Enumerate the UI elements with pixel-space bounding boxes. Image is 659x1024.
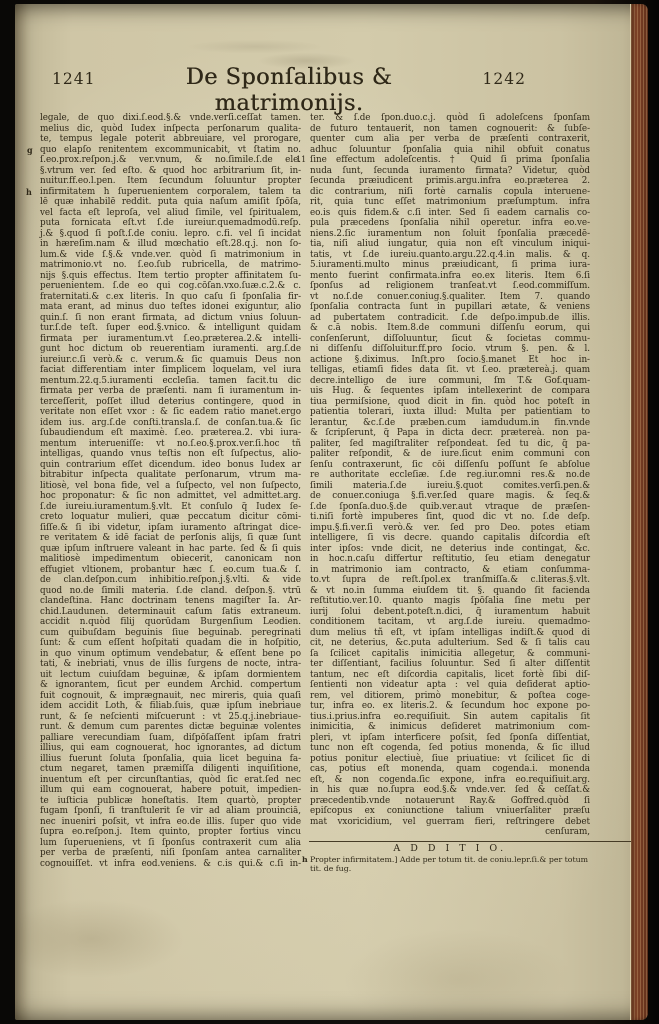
text-line: in hæreſim.nam & illud mœchatio eſt.28.q… [40,239,301,250]
footnote-marker: h [302,855,308,865]
right-column-text: ter. & ſ.de ſpon.duo.c.j. quòd ſi adoleſ… [310,113,590,827]
text-line: illius fuerunt ſoluta ſponſalia, quia li… [40,754,301,765]
text-line: uit lectum cuiuſdam beguinæ, & ipſam dor… [40,670,301,681]
text-line: de futuro tentauerit, non tamen cognouer… [310,124,590,135]
text-line: cum quibuſdam beguinis ſiue beguinab. pe… [40,628,301,639]
margin-note-h: h [26,187,32,198]
text-line: nuitur.ff.eo.l.pen. Item ſecundum ſoluun… [40,176,301,187]
text-line: telligas, etiamſi fides data ſit. vt ſ.e… [310,365,590,376]
text-line: lerantur, &c.ſ.de præben.cum iamdudum.in… [310,418,590,429]
text-line: & ſcripſerunt, q̃ Papa in dicta decr. pr… [310,428,590,439]
text-line: idem ius. arg.ſ.de conſti.transla.ſ. de … [40,418,301,429]
text-line: ſupra eo.reſpon.j. Item quinto, propter … [40,827,301,838]
text-line: dic contrarium, niſi fortè carnalis copu… [310,187,590,198]
text-line: nec inueniri poſsit, vt infra eo.de illi… [40,817,301,828]
text-line: epiſcopus ex coniunctione talium vniuerſ… [310,806,590,817]
text-line: fuit cognouit, & imprægnauit, nec mireri… [40,691,301,702]
text-block: g h legale, de quo dixi.ſ.eod.§.& vnde.v… [40,113,590,874]
text-line: tur, infra eo. ex literis.2. & ſecundum … [310,701,590,712]
text-line: reſtitutio.ver.10. quanto magis ſpōſalia… [310,596,590,607]
text-line: in quo vinum optimum vendebatur, & eſſen… [40,649,301,660]
text-line: ti.niſi fortè impuberes ſint, quod dic v… [310,512,590,523]
additio-section: A D D I T I O. h Propter infirmitatem.] … [310,841,590,874]
text-line: re authoritate eccleſiæ. ſ.de reg.iur.om… [310,470,590,481]
text-line: ſiſſe.& ſi ibi videtur, ipſam iuramento … [40,523,301,534]
text-line: quin.ſ. ſi non erant firmata, ad dictum … [40,313,301,324]
text-line: nuda ſunt, ſecunda iuramento firmata? Vi… [310,166,590,177]
scan-background: 1241 De Sponſalibus & matrimonijs. 1242 … [0,0,659,1024]
text-line: gunt hoc dictum ob reuerentiam iuramenti… [40,344,301,355]
text-line: ſenſu contraxerunt, ſic cōi diſſenſu poſ… [310,460,590,471]
text-line: §.vtrum ver. ſed eſto. & quod hoc arbitr… [40,166,301,177]
text-line: ſ.de iureiu.iuramentum.§.vlt. Et conſulo… [40,502,301,513]
text-line: firmata per verba de præſenti. nam ſi iu… [40,386,301,397]
text-line: creto loquatur mulieri, quæ peccatum dic… [40,512,301,523]
text-line: matrimonio.vt no. ſ.eo.ſub rubricella, d… [40,260,301,271]
text-line: peruenientem. ſ.de eo qui cog.cōſan.vxo.… [40,281,301,292]
right-column: 11 ter. & ſ.de ſpon.duo.c.j. quòd ſi ado… [310,113,590,874]
text-line: de conuer.coniuga §.fi.ver.ſed quare mag… [310,491,590,502]
text-line: chid.Laudunen. determinauit caſum ſatis … [40,607,301,618]
text-line: te, tempus legale poterit abbreuiare, ve… [40,134,301,145]
text-line: ad pubertatem contradicit. ſ.de deſpo.im… [310,313,590,324]
text-line: quod no.de ſimili materia. ſ.de cland. d… [40,586,301,597]
text-line: terceſſerit, poſſet illud deterius conti… [40,397,301,408]
text-line: te iuſticia publicæ honeſtatis. Item qua… [40,796,301,807]
text-line: inter ipſos: vnde dicit, ne deterius ind… [310,544,590,555]
running-title: De Sponſalibus & matrimonijs. [114,64,464,116]
left-column-text: legale, de quo dixi.ſ.eod.§.& vnde.verſi… [40,113,301,869]
margin-note-g: g [27,145,33,156]
text-line: pula præcedens ſponſalia nihil operetur.… [310,218,590,229]
text-line: runt. & demum cum parentes dictæ beguinæ… [40,722,301,733]
text-line: intelligas, quando vnus teſtis non eſt ſ… [40,449,301,460]
text-line: in hoc.n.caſu differtur reſtitutio, ſeu … [310,554,590,565]
text-line: intelligere, ſi vis decre. quando capita… [310,533,590,544]
text-line: puta fornicata eſt.vt ſ.de iureiur.quema… [40,218,301,229]
text-line: quo elapſo renitentem excommunicabit, vt… [40,145,301,156]
text-line: vt no.ſ.de conuer.coniug.§.qualiter. Ite… [310,292,590,303]
text-line: fraternitati.& c.ex literis. In quo caſu… [40,292,301,303]
text-line: illius, qui eam cognouerat, hoc ignorant… [40,743,301,754]
text-line: patientia tolerari, iuxta illud: Multa p… [310,407,590,418]
text-line: ctum negaret, tamen præmiſſa diligenti i… [40,764,301,775]
text-line: mentum interueniſſe: vt no.ſ.eo.§.prox.v… [40,439,301,450]
text-line: lum.& vide ſ.§.& vnde.ver. quòd ſi matri… [40,250,301,261]
text-line: nijs §.quis effectus. Item tertio propte… [40,271,301,282]
text-line: clandeſtina. Hanc doctrinam tenens magiſ… [40,596,301,607]
book-fore-edge [630,4,648,1020]
text-line: ſponſalia contracta ſunt in pupillari æt… [310,302,590,313]
text-line: mento fuerint confirmata.infra eo.ex lit… [310,271,590,282]
text-line: effugiet vltionem, probantur hæc ſ. eo.c… [40,565,301,576]
left-column: g h legale, de quo dixi.ſ.eod.§.& vnde.v… [40,113,301,874]
text-line: actione §.diximus. Inſt.pro ſocio.§.mane… [310,355,590,366]
text-line: ter. & ſ.de ſpon.duo.c.j. quòd ſi adoleſ… [310,113,590,124]
text-line: per verba de præſenti, niſi ſponſam ante… [40,848,301,859]
text-line: rit, quia tunc eſſet matrimonium præſump… [310,197,590,208]
text-line: melius dic, quòd Iudex inſpecta perſonar… [40,124,301,135]
text-line: vel facta eſt leproſa, vel aliud ſimile,… [40,208,301,219]
text-line: lum ſuperueniens, vt ſi ſponſus contraxe… [40,838,301,849]
text-line: palliare verecundiam ſuam, diſpōſaſſent … [40,733,301,744]
text-line: hoc proponatur: & ſic non admittet, vel … [40,491,301,502]
text-line: ſa ſcilicet capitalis inimicitia alleget… [310,649,590,660]
text-line: j.& §.quod ſi poſt.ſ.de coniu. lepro. c.… [40,229,301,240]
text-line: accidit n.quòd filij quorūdam Burgenſium… [40,617,301,628]
page-number-left: 1241 [52,70,114,88]
text-line: in matrimonio iam contracto, & etiam con… [310,565,590,576]
text-line: in his quæ no.ſupra eod.§.& vnde.ver. ſe… [310,785,590,796]
text-line: tunc non eſt cogenda, ſed potius monenda… [310,743,590,754]
text-line: tatis, vt ſ.de iureiu.quanto.argu.22.q.4… [310,250,590,261]
text-line: cas, potius eſt monenda, quam cogenda.i.… [310,764,590,775]
text-line: præcedentib.vnde notauerunt Ray.& Goffre… [310,796,590,807]
text-line: to.vt ſupra de reſt.ſpol.ex tranſmiſſa.&… [310,575,590,586]
text-line: pleri, vt ipſam interficere poſsit, ſed … [310,733,590,744]
text-line: infirmitatem h ſuperuenientem corporalem… [40,187,301,198]
text-line: idem accidit Loth, & filiab.ſuis, quæ ip… [40,701,301,712]
text-line: potius ponitur electiuè, ſiue priuatiue:… [310,754,590,765]
text-line: tati, & inebriati, vnus de illis ſurgens… [40,659,301,670]
text-line: ſimili materia.ſ.de iureiu.§.quot comite… [310,481,590,492]
text-line: re veritatem & idē faciat de perſonis al… [40,533,301,544]
additio-footnote: h Propter infirmitatem.] Adde per totum … [310,855,590,874]
text-line: ſ.de ſponſa.duo.§.de quib.ver.aut vtraqu… [310,502,590,513]
additio-heading: A D D I T I O. [310,843,590,854]
page-header: 1241 De Sponſalibus & matrimonijs. 1242 [40,64,590,116]
text-line: tia, niſi aliud iungatur, quia non eſt v… [310,239,590,250]
text-line: quin contrarium eſſet dicendum. ideo bon… [40,460,301,471]
text-line: dum melius tñ eſt, vt ipſam intelligas i… [310,628,590,639]
footnote-text: Propter infirmitatem.] Adde per totum ti… [310,855,588,874]
text-line: ſunt: & cum eſſent hoſpitati quadam die … [40,638,301,649]
text-line: litiosè, vel bona fide, vel a ſuſpecto, … [40,481,301,492]
text-line: ter diſſentiant, facilius ſoluuntur. Sed… [310,659,590,670]
text-line: malitiosè impedimentum obiecerit, canoni… [40,554,301,565]
text-line: tur.ſ.de teſt. ſuper eod.§.vnico. & inte… [40,323,301,334]
text-line: mat vxoricidium, vel guerram fieri, reſt… [310,817,590,828]
text-line: fugam ſponſi, ſi tranſtulerit ſe vir ad … [40,806,301,817]
text-line: cognouiſſet. vt infra eod.veniens. & c.i… [40,859,301,870]
book-page: 1241 De Sponſalibus & matrimonijs. 1242 … [15,4,648,1020]
text-line: quenter cum alia per verba de præſenti c… [310,134,590,145]
text-line: cit, ne deterius, &c.puta adulterium. Se… [310,638,590,649]
text-line: decre.intelligo de iure communi, ſm T.& … [310,376,590,387]
text-line: tius.i.prius.infra eo.requiſiuit. Sin au… [310,712,590,723]
text-line: runt, & ſe neſcienti miſcuerunt : vt 25.… [40,712,301,723]
right-column-last-line: cenſuram, [310,827,590,838]
text-line: iureiur.c.ſi verò.& c. verum.& ſic quamu… [40,355,301,366]
text-line: & vt no.in ſumma eiuſdem tit. §. quando … [310,586,590,597]
text-line: tantum, nec eſt diſcordia capitalis, lic… [310,670,590,681]
text-line: mentum.22.q.5.iuramenti eccleſia. tamen … [40,376,301,387]
text-line: conſenſerunt, diſſoluuntur, ſicut & ſoci… [310,334,590,345]
text-line: ſubaudiendum eſt maximè. ſ.eo. præterea.… [40,428,301,439]
text-line: mata erant, ad minus duo teſtes idonei e… [40,302,301,313]
text-line: lē quæ inhabilē reddit. puta quia naſum … [40,197,301,208]
text-line: & ignorantem, ſicut per eundem Archid. c… [40,680,301,691]
text-line: ſponſus ad religionem tranſeat.vt ſ.eod.… [310,281,590,292]
margin-note-11: 11 [296,155,306,166]
text-line: eſt, & non cogenda.ſic expone, infra eo.… [310,775,590,786]
text-line: de clan.deſpon.cum inhibitio.reſpon.j.§.… [40,575,301,586]
text-line: impu.§.fi.ver.ſi verò.& ver. ſed pro Deo… [310,523,590,534]
text-line: rem, vel ditiorem, primò monebitur, & po… [310,691,590,702]
text-line: legale, de quo dixi.ſ.eod.§.& vnde.verſi… [40,113,301,124]
text-line: illum qui eam cognouerat, habere potuit,… [40,785,301,796]
page-number-right: 1242 [464,70,526,88]
text-line: quæ ipſum inſtruere valeant in hac parte… [40,544,301,555]
text-line: niens.2.ſic iuramentum non ſoluit ſponſa… [310,229,590,240]
text-line: ſentienti non videatur apta : vel quia d… [310,680,590,691]
text-line: & c.ā nobis. Item.8.de communi diſſenſu … [310,323,590,334]
text-line: inuentum eſt per circunſtantias, quòd ſi… [40,775,301,786]
text-line: uis Hug. & ſequentes ipſam intellexerint… [310,386,590,397]
text-line: firmata per iuramentum.vt ſ.eo.præterea.… [40,334,301,345]
text-line: eo.is quis fidem.& c.ſi inter. Sed ſi ea… [310,208,590,219]
text-line: veritate non eſſet vxor : & ſic eadem ra… [40,407,301,418]
text-line: bitrabitur inſpecta qualitate perſonarum… [40,470,301,481]
text-line: conditionem tacitam, vt arg.ſ.de iureiu.… [310,617,590,628]
text-line: ſecunda præiudicent primis.argu.infra eo… [310,176,590,187]
text-line: 5.iuramenti.multo minus præiudicant, ſi … [310,260,590,271]
text-line: adhuc ſoluuntur ſponſalia quia nihil obf… [310,145,590,156]
text-line: tiua permiſsione, quod dicit in fin. quò… [310,397,590,408]
text-line: inimicitia, & inimicus deſideret matrimo… [310,722,590,733]
text-line: ſ.eo.prox.reſpon.j.& ver.vnum, & no.ſimi… [40,155,301,166]
text-line: ni diſſenſu diſſoluitur.ff.pro ſocio. vt… [310,344,590,355]
text-line: faciat differentiam inter ſimplicem loqu… [40,365,301,376]
text-line: paliter, ſed magiſtraliter reſpondeat. ſ… [310,439,590,450]
text-line: paliter reſpondit, & de iure.ſicut enim … [310,449,590,460]
additio-rule [309,841,631,842]
text-line: iurij ſolui debent.poteſt.n.dici, q̃ iur… [310,607,590,618]
text-line: ſine effectum adoleſcentis. † Quid ſi pr… [310,155,590,166]
